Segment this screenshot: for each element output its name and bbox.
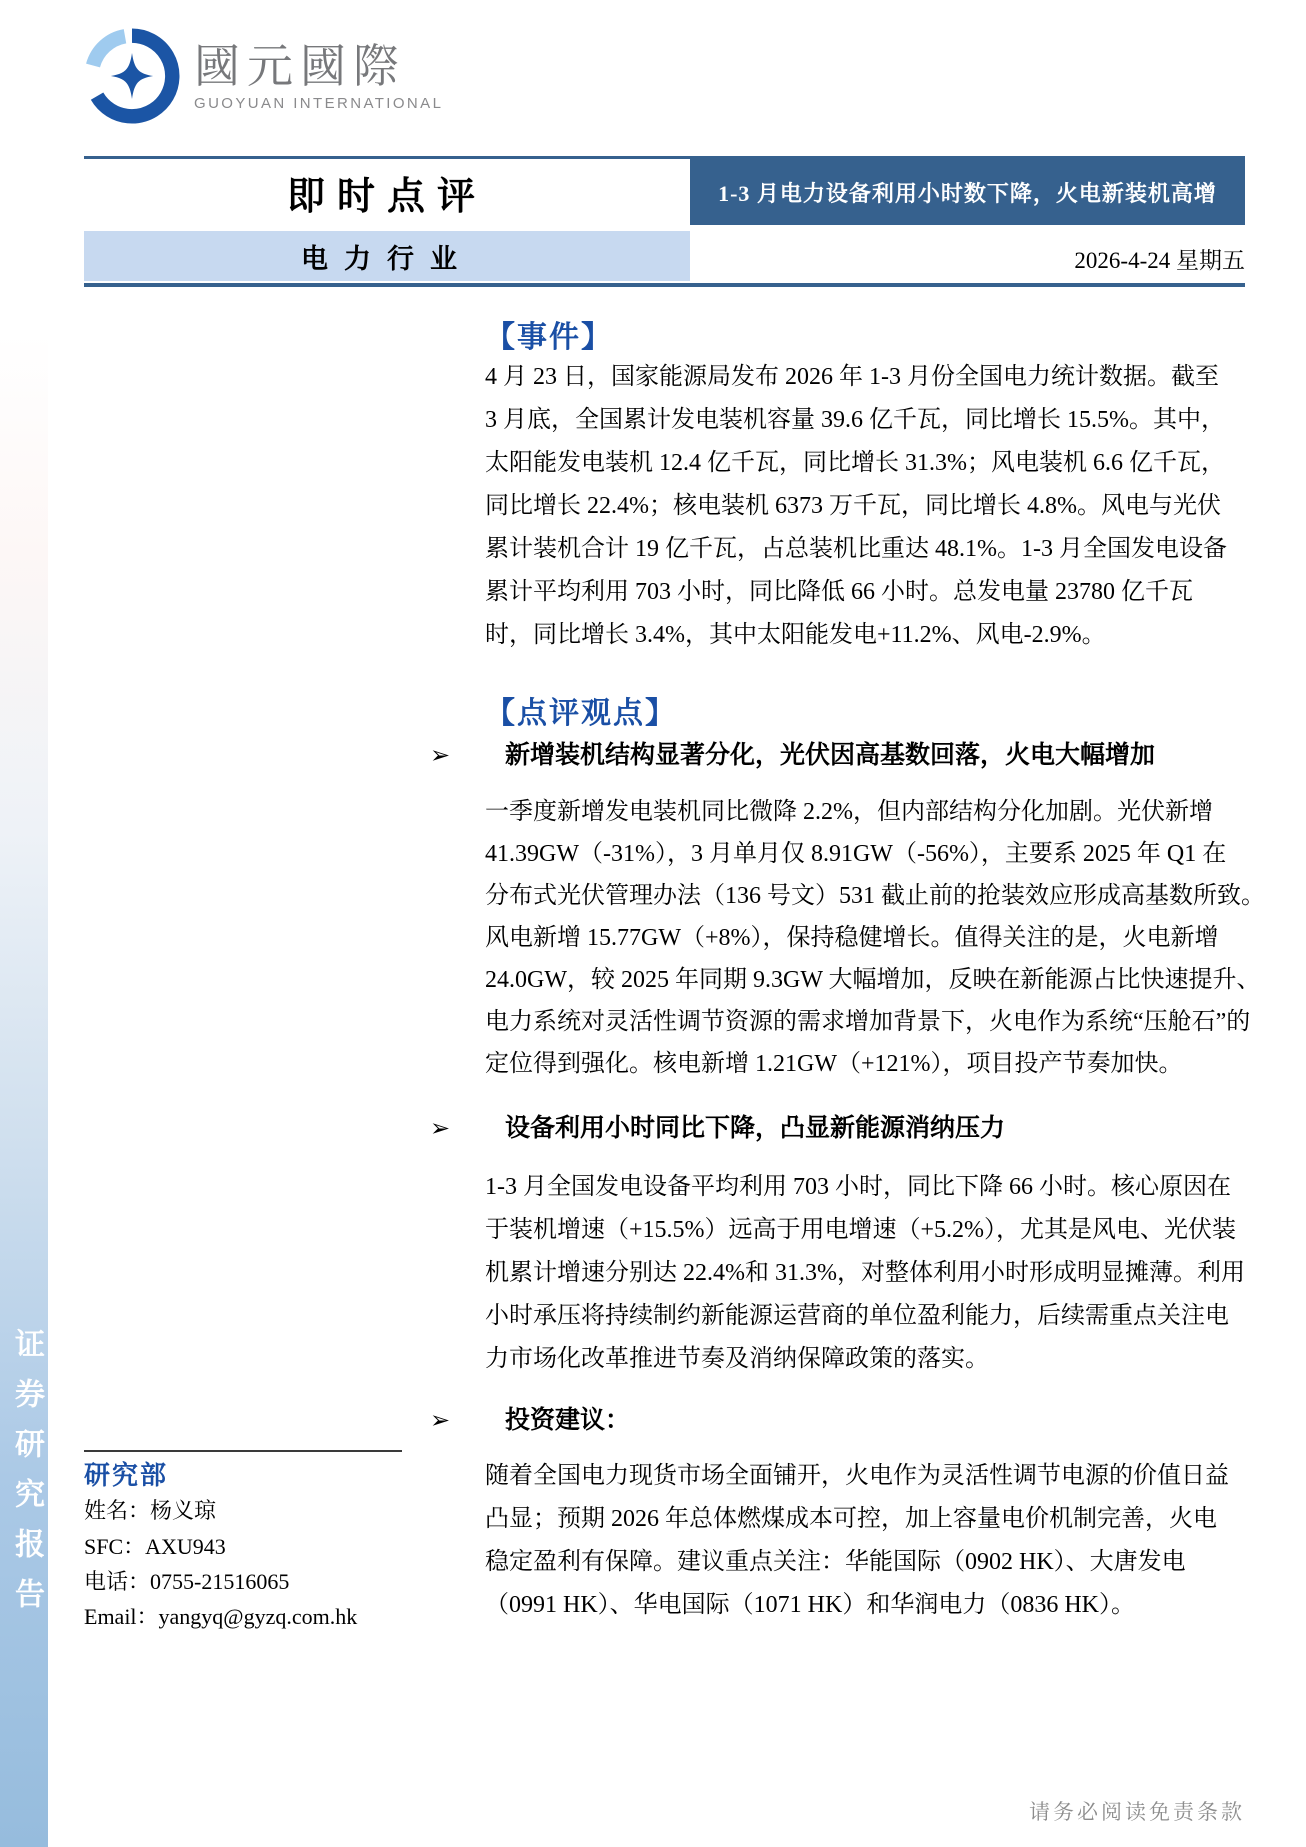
report-title-bar: 1-3 月电力设备利用小时数下降，火电新装机高增 [690, 159, 1245, 225]
header-bottom-rule [84, 283, 1245, 287]
text-line: 凸显；预期 2026 年总体燃煤成本可控，加上容量电价机制完善，火电 [485, 1498, 1247, 1541]
text-line: 3 月底，全国累计发电装机容量 39.6 亿千瓦，同比增长 15.5%。其中， [485, 399, 1247, 442]
bullet-label: 投资建议： [505, 1407, 630, 1434]
report-date: 2026-4-24 星期五 [845, 244, 1245, 278]
analyst-email: Email：yangyq@gyzq.com.hk [84, 1600, 357, 1631]
text-line: 于装机增速（+15.5%）远高于用电增速（+5.2%），尤其是风电、光伏装 [485, 1209, 1247, 1252]
logo-text: 國元國際 GUOYUAN INTERNATIONAL [194, 40, 443, 112]
text-line: 小时承压将持续制约新能源运营商的单位盈利能力，后续需重点关注电 [485, 1295, 1247, 1338]
text-line: 力市场化改革推进节奏及消纳保障政策的落实。 [485, 1338, 1247, 1381]
report-type-box: 即时点评 [84, 159, 690, 225]
text-line: 分布式光伏管理办法（136 号文）531 截止前的抢装效应形成高基数所致。 [485, 875, 1247, 917]
report-title: 1-3 月电力设备利用小时数下降，火电新装机高增 [718, 177, 1217, 208]
text-line: 稳定盈利有保障。建议重点关注：华能国际（0902 HK）、大唐发电 [485, 1541, 1247, 1584]
event-paragraph: 4 月 23 日，国家能源局发布 2026 年 1-3 月份全国电力统计数据。截… [485, 356, 1247, 657]
section-heading-comment: 【点评观点】 [485, 688, 677, 732]
industry-label: 电力行业 [301, 237, 473, 276]
research-divider [84, 1450, 402, 1452]
bullet-label: 新增装机结构显著分化，光伏因高基数回落，火电大幅增加 [505, 742, 1155, 769]
logo-icon [84, 28, 180, 124]
text-line: 时，同比增长 3.4%，其中太阳能发电+11.2%、风电-2.9%。 [485, 614, 1247, 657]
bullet-heading: ➢设备利用小时同比下降，凸显新能源消纳压力 [430, 1108, 1245, 1144]
footer-disclaimer: 请务必阅读免责条款 [845, 1796, 1245, 1826]
comment-paragraph-1: 一季度新增发电装机同比微降 2.2%，但内部结构分化加剧。光伏新增 41.39G… [485, 791, 1247, 1085]
comment-paragraph-3: 随着全国电力现货市场全面铺开，火电作为灵活性调节电源的价值日益 凸显；预期 20… [485, 1455, 1247, 1627]
logo-name-en: GUOYUAN INTERNATIONAL [194, 95, 443, 112]
text-line: 4 月 23 日，国家能源局发布 2026 年 1-3 月份全国电力统计数据。截… [485, 356, 1247, 399]
text-line: 电力系统对灵活性调节资源的需求增加背景下，火电作为系统“压舱石”的 [485, 1001, 1247, 1043]
analyst-name: 姓名：杨义琼 [84, 1494, 216, 1525]
bullet-heading: ➢投资建议： [430, 1400, 1245, 1436]
bullet-arrow-icon: ➢ [430, 1114, 505, 1142]
text-line: 累计平均利用 703 小时，同比降低 66 小时。总发电量 23780 亿千瓦 [485, 571, 1247, 614]
comment-paragraph-2: 1-3 月全国发电设备平均利用 703 小时，同比下降 66 小时。核心原因在 … [485, 1166, 1247, 1381]
company-logo: 國元國際 GUOYUAN INTERNATIONAL [84, 28, 443, 124]
text-line: 机累计增速分别达 22.4%和 31.3%，对整体利用小时形成明显摊薄。利用 [485, 1252, 1247, 1295]
bullet-label: 设备利用小时同比下降，凸显新能源消纳压力 [505, 1115, 1005, 1142]
bullet-arrow-icon: ➢ [430, 1406, 505, 1434]
sidebar-vertical-label: 证券研究报告 [0, 1328, 48, 1628]
text-line: 随着全国电力现货市场全面铺开，火电作为灵活性调节电源的价值日益 [485, 1455, 1247, 1498]
text-line: 太阳能发电装机 12.4 亿千瓦，同比增长 31.3%；风电装机 6.6 亿千瓦… [485, 442, 1247, 485]
research-dept-heading: 研究部 [84, 1455, 168, 1492]
analyst-sfc: SFC：AXU943 [84, 1530, 226, 1561]
section-heading-event: 【事件】 [485, 312, 613, 356]
text-line: 风电新增 15.77GW（+8%），保持稳健增长。值得关注的是，火电新增 [485, 917, 1247, 959]
text-line: 同比增长 22.4%；核电装机 6373 万千瓦，同比增长 4.8%。风电与光伏 [485, 485, 1247, 528]
text-line: 一季度新增发电装机同比微降 2.2%，但内部结构分化加剧。光伏新增 [485, 791, 1247, 833]
report-type-label: 即时点评 [287, 165, 487, 220]
analyst-phone: 电话：0755-21516065 [84, 1565, 289, 1596]
text-line: 累计装机合计 19 亿千瓦，占总装机比重达 48.1%。1-3 月全国发电设备 [485, 528, 1247, 571]
text-line: 定位得到强化。核电新增 1.21GW（+121%），项目投产节奏加快。 [485, 1043, 1247, 1085]
text-line: （0991 HK）、华电国际（1071 HK）和华润电力（0836 HK）。 [485, 1584, 1247, 1627]
industry-bar: 电力行业 [84, 231, 690, 281]
bullet-heading: ➢新增装机结构显著分化，光伏因高基数回落，火电大幅增加 [430, 735, 1245, 771]
text-line: 41.39GW（-31%），3 月单月仅 8.91GW（-56%），主要系 20… [485, 833, 1247, 875]
report-page: { "page": { "sidebar_text": "证券研究报告", "d… [0, 0, 1306, 1847]
text-line: 24.0GW，较 2025 年同期 9.3GW 大幅增加，反映在新能源占比快速提… [485, 959, 1247, 1001]
text-line: 1-3 月全国发电设备平均利用 703 小时，同比下降 66 小时。核心原因在 [485, 1166, 1247, 1209]
logo-name-cn: 國元國際 [194, 40, 443, 92]
bullet-arrow-icon: ➢ [430, 741, 505, 769]
